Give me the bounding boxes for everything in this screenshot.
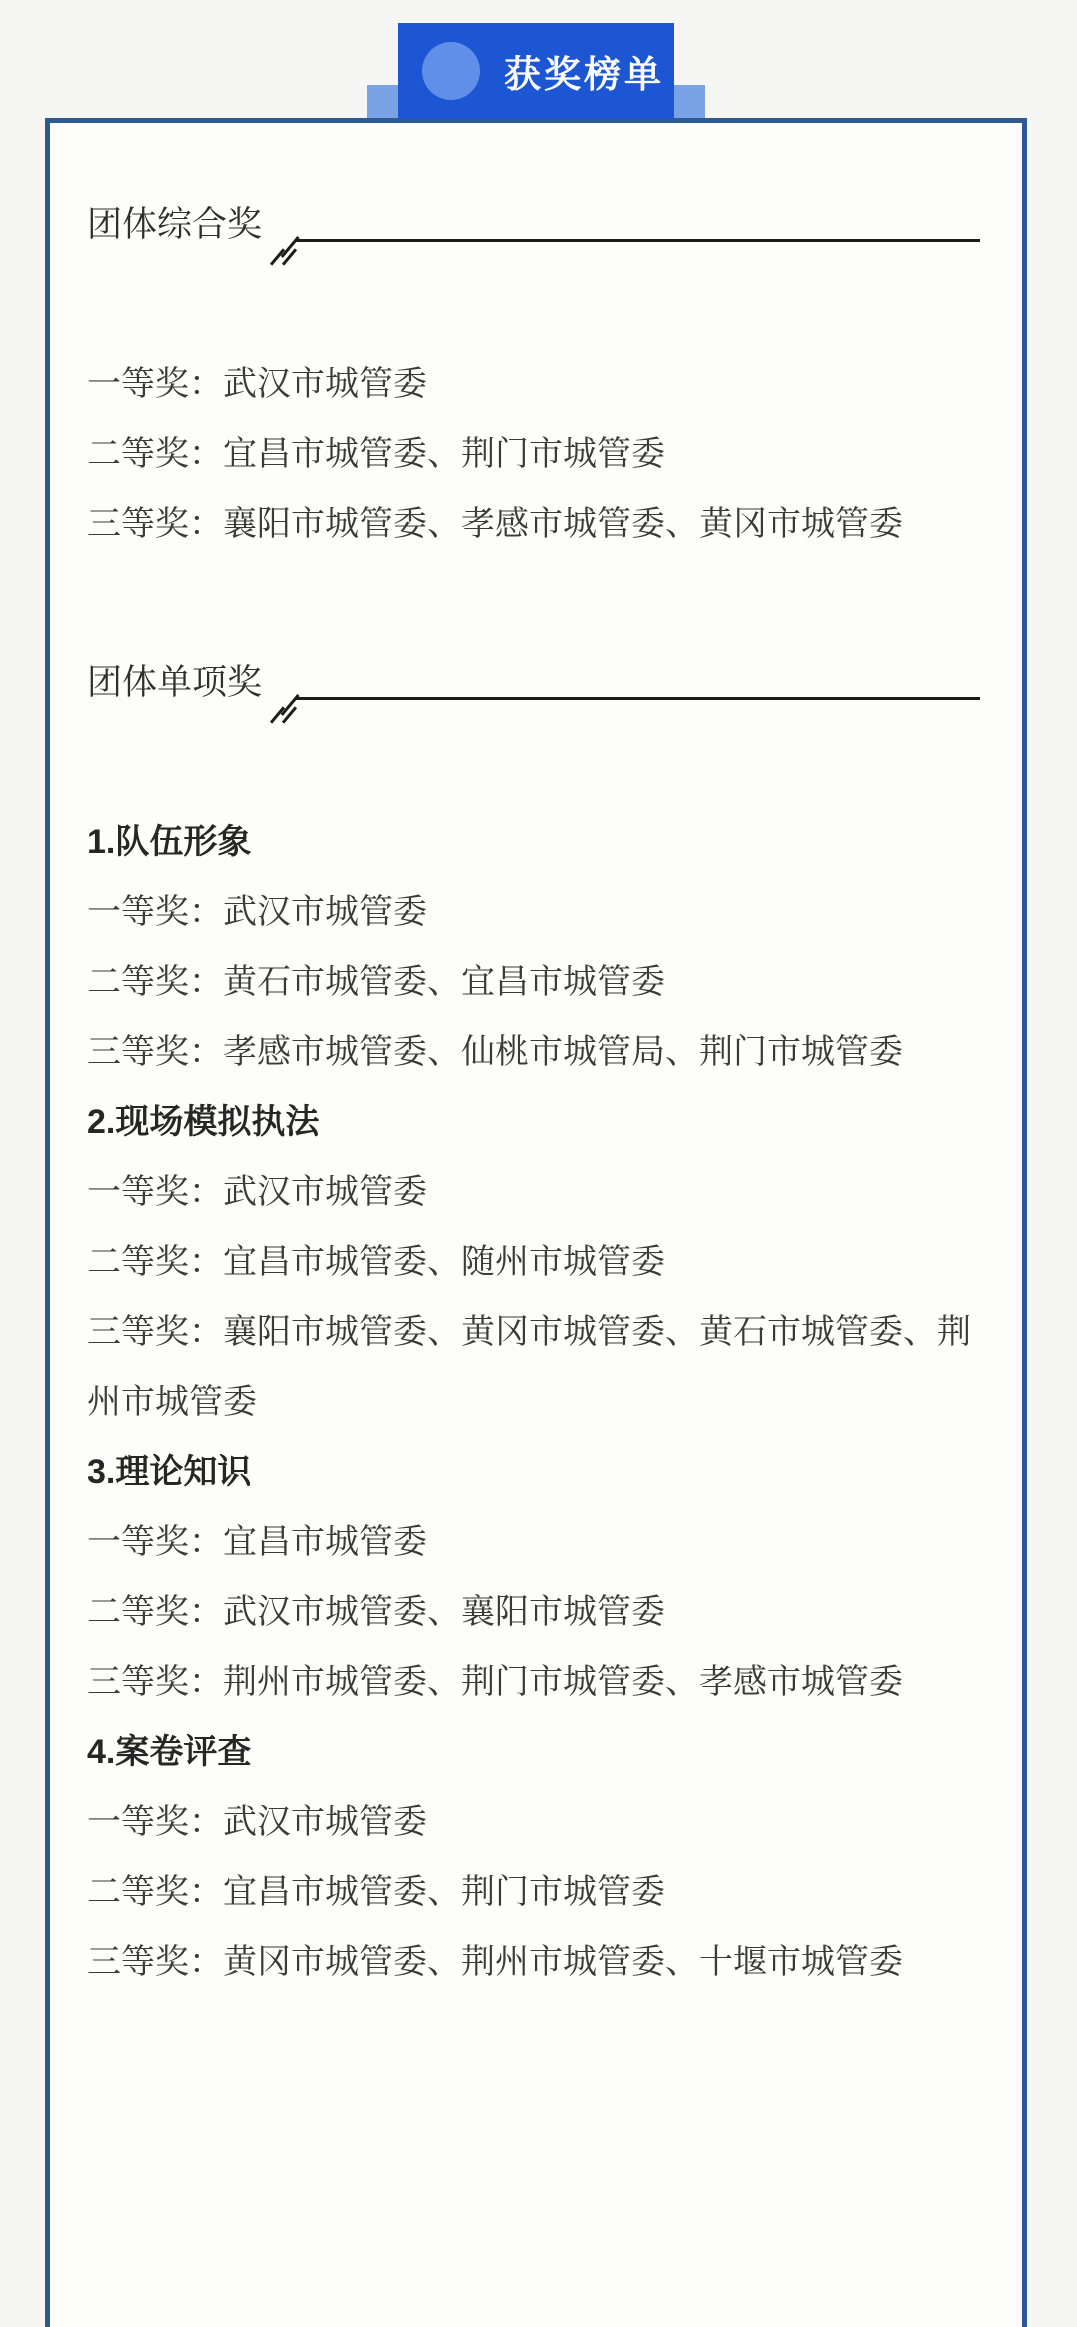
award-line: 一等奖：武汉市城管委 <box>87 1787 984 1857</box>
award-group: 团体单项奖1.队伍形象一等奖：武汉市城管委二等奖：黄石市城管委、宜昌市城管委三等… <box>87 659 984 1997</box>
group-title-row: 团体综合奖 <box>87 201 984 249</box>
group-title-row: 团体单项奖 <box>87 659 984 707</box>
award-line: 三等奖：荆州市城管委、荆门市城管委、孝感市城管委 <box>87 1647 984 1717</box>
badge-title: 获奖榜单 <box>504 44 664 98</box>
subsection-heading: 2.现场模拟执法 <box>87 1087 984 1157</box>
groups: 团体综合奖一等奖：武汉市城管委二等奖：宜昌市城管委、荆门市城管委三等奖：襄阳市城… <box>50 123 1022 1997</box>
award-subsection: 1.队伍形象一等奖：武汉市城管委二等奖：黄石市城管委、宜昌市城管委三等奖：孝感市… <box>87 807 984 1087</box>
award-subsection: 4.案卷评查一等奖：武汉市城管委二等奖：宜昌市城管委、荆门市城管委三等奖：黄冈市… <box>87 1717 984 1997</box>
award-subsection: 2.现场模拟执法一等奖：武汉市城管委二等奖：宜昌市城管委、随州市城管委三等奖：襄… <box>87 1087 984 1437</box>
award-line: 三等奖：孝感市城管委、仙桃市城管局、荆门市城管委 <box>87 1017 984 1087</box>
award-line: 二等奖：宜昌市城管委、随州市城管委 <box>87 1227 984 1297</box>
group-title: 团体综合奖 <box>87 201 262 249</box>
group-title: 团体单项奖 <box>87 659 262 707</box>
subsection-heading: 3.理论知识 <box>87 1437 984 1507</box>
award-subsection: 3.理论知识一等奖：宜昌市城管委二等奖：武汉市城管委、襄阳市城管委三等奖：荆州市… <box>87 1437 984 1717</box>
award-line: 二等奖：武汉市城管委、襄阳市城管委 <box>87 1577 984 1647</box>
award-line: 一等奖：武汉市城管委 <box>87 1157 984 1227</box>
subsection-heading: 4.案卷评查 <box>87 1717 984 1787</box>
award-line: 三等奖：襄阳市城管委、孝感市城管委、黄冈市城管委 <box>87 489 984 559</box>
badge-right-shoulder-decoration <box>674 85 705 118</box>
section-rule <box>296 239 980 242</box>
award-line: 二等奖：宜昌市城管委、荆门市城管委 <box>87 419 984 489</box>
award-line: 一等奖：武汉市城管委 <box>87 349 984 419</box>
award-subsection: 一等奖：武汉市城管委二等奖：宜昌市城管委、荆门市城管委三等奖：襄阳市城管委、孝感… <box>87 349 984 559</box>
award-line: 二等奖：宜昌市城管委、荆门市城管委 <box>87 1857 984 1927</box>
subsection-heading: 1.队伍形象 <box>87 807 984 877</box>
award-line: 一等奖：宜昌市城管委 <box>87 1507 984 1577</box>
section-rule <box>296 697 980 700</box>
award-line: 三等奖：黄冈市城管委、荆州市城管委、十堰市城管委 <box>87 1927 984 1997</box>
award-line: 一等奖：武汉市城管委 <box>87 877 984 947</box>
award-line: 二等奖：黄石市城管委、宜昌市城管委 <box>87 947 984 1017</box>
circle-icon <box>422 42 480 100</box>
award-group: 团体综合奖一等奖：武汉市城管委二等奖：宜昌市城管委、荆门市城管委三等奖：襄阳市城… <box>87 201 984 559</box>
content-card: 团体综合奖一等奖：武汉市城管委二等奖：宜昌市城管委、荆门市城管委三等奖：襄阳市城… <box>45 118 1027 2327</box>
badge-left-shoulder-decoration <box>367 85 398 118</box>
award-line: 三等奖：襄阳市城管委、黄冈市城管委、黄石市城管委、荆州市城管委 <box>87 1297 984 1437</box>
award-list-badge: 获奖榜单 <box>398 23 674 119</box>
